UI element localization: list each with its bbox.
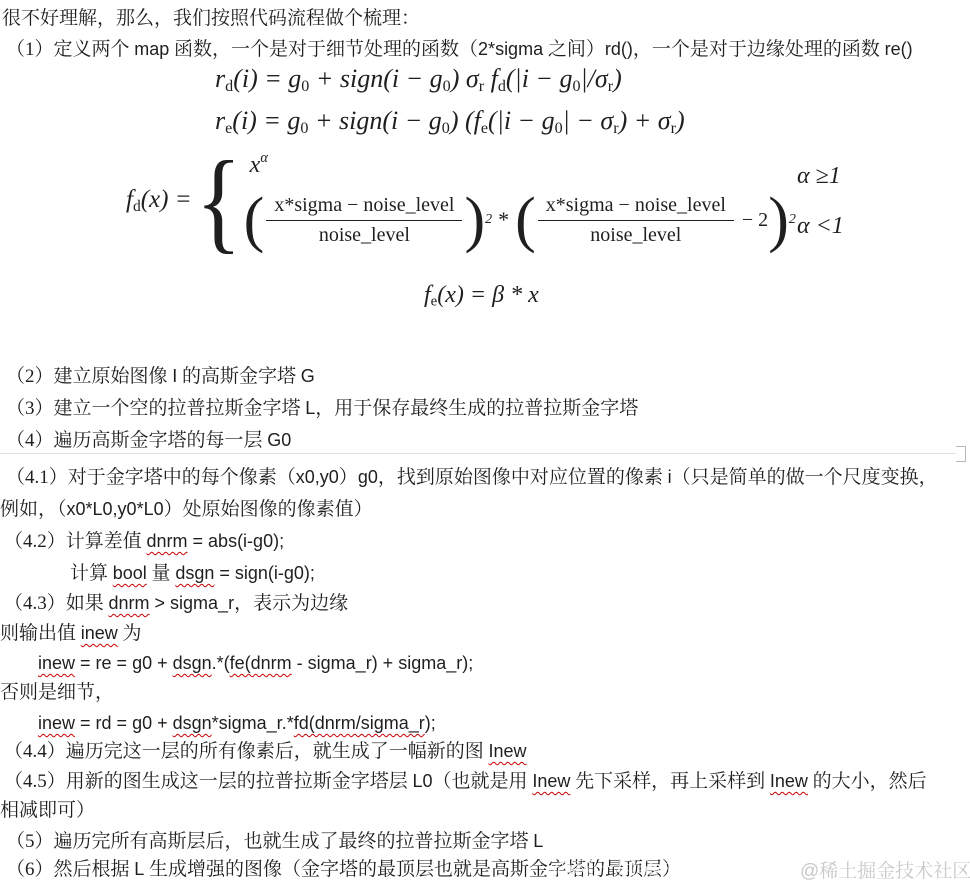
exponent-2: 2: [485, 212, 492, 228]
minus-two: − 2: [742, 209, 768, 232]
formula-re-part: (|i − g: [488, 106, 555, 135]
formula-fd-sup: α: [260, 150, 268, 166]
step41-code: x0,y0: [296, 467, 339, 487]
step45-text: 先下采样，再上采样到: [570, 771, 770, 792]
paragraph-step-5: （5）遍历完所有高斯层后，也就生成了最终的拉普拉斯金字塔 L: [6, 828, 543, 855]
code-text: );: [425, 713, 436, 733]
formula-fd-case1: xα: [250, 150, 796, 179]
formula-re-part: ) + σ: [619, 106, 671, 135]
step42-text: 计算: [70, 563, 113, 584]
output-code-inew: inew: [81, 623, 118, 643]
step44-text: （4.4）遍历完这一层的所有像素后，就生成了一幅新的图: [4, 741, 489, 762]
paren-close-glyph: ): [464, 189, 485, 251]
step5-code: L: [533, 831, 543, 851]
paragraph-else: 否则是细节，: [0, 680, 114, 706]
step1-text: 之间）: [543, 39, 605, 60]
brace-glyph: {: [196, 144, 242, 257]
step1-code-sigma: 2*sigma: [478, 39, 543, 59]
formula-fe-part: (x) = β * x: [437, 282, 538, 308]
step2-code: G: [301, 366, 315, 386]
step43-code-dnrm: dnrm: [109, 593, 150, 613]
fraction-numerator: x*sigma − noise_level: [266, 194, 462, 221]
step42-code-bool: bool: [113, 563, 147, 583]
text-boundary-mark: [956, 446, 966, 462]
formula-rd-part: (i) = g: [233, 64, 301, 93]
step6-text: （6）然后根据: [6, 859, 134, 880]
step41-text: （只是简单的做一个尺度变换，: [672, 467, 938, 488]
step42-text: 量: [147, 563, 176, 584]
code-line-rd: inew = rd = g0 + dsgn*sigma_r.*fd(dnrm/s…: [38, 710, 436, 736]
formula-re-part: ) (f: [450, 106, 481, 135]
code-dsgn: dsgn: [173, 713, 212, 733]
code-inew: inew: [38, 713, 75, 733]
formula-rd-part: f: [484, 64, 498, 93]
formula-rd-part: r: [215, 64, 225, 93]
step45-text: （也就是用: [433, 771, 533, 792]
paragraph-step-4-1-line2: 例如，（x0*L0,y0*L0）处原始图像的像素值）: [0, 496, 373, 523]
formula-fd-lhs: fd(x) =: [126, 186, 192, 216]
step41-code: g0: [358, 467, 378, 487]
paragraph-step-4-5-line2: 相减即可）: [0, 798, 95, 824]
intro-text: 很不好理解，那么，我们按照代码流程做个梳理：: [2, 8, 420, 29]
code-text: - sigma_r) + sigma_r);: [292, 653, 474, 673]
paragraph-step-4-1-line1: （4.1）对于金字塔中的每个像素（x0,y0）g0，找到原始图像中对应位置的像素…: [6, 464, 938, 491]
formula-fd-condition-1: α ≥1: [797, 163, 841, 190]
fraction-2: x*sigma − noise_levelnoise_level: [538, 194, 734, 247]
formula-rd-part: |/σ: [581, 64, 608, 93]
step1-text: （1）定义两个: [6, 39, 134, 60]
formula-fe-part: f: [424, 282, 431, 308]
paragraph-step-4-4: （4.4）遍历完这一层的所有像素后，就生成了一幅新的图 Inew: [4, 738, 527, 765]
formula-fd-part: (x) =: [141, 186, 192, 213]
step42-code: = abs(i-g0);: [188, 531, 285, 551]
formula-rd-sub: 0: [572, 78, 580, 95]
step2-text: （2）建立原始图像: [6, 366, 172, 387]
formula-fd-case2: (x*sigma − noise_levelnoise_level)2*(x*s…: [244, 189, 796, 251]
formula-fd: fd(x) = { xα (x*sigma − noise_levelnoise…: [126, 150, 796, 251]
code-inew: inew: [38, 653, 75, 673]
step1-code-map: map: [134, 39, 169, 59]
formula-rd: rd(i) = g0 + sign(i − g0) σr fd(|i − g0|…: [215, 64, 622, 96]
step1-text: 函数，一个是对于细节处理的函数（: [169, 39, 478, 60]
paren-open-glyph: (: [244, 189, 265, 251]
formula-fd-part: x: [250, 152, 261, 178]
paren-close-glyph: ): [768, 189, 789, 251]
paragraph-step-4-5-line1: （4.5）用新的图生成这一层的拉普拉斯金字塔层 L0（也就是用 Inew 先下采…: [4, 768, 927, 795]
formula-rd-sub: d: [498, 78, 506, 95]
step3-text: ，用于保存最终生成的拉普拉斯金字塔: [315, 398, 638, 419]
step2-text: 的高斯金字塔: [177, 366, 301, 387]
step43-text: （4.3）如果: [4, 593, 109, 614]
paragraph-intro: 很不好理解，那么，我们按照代码流程做个梳理：: [2, 6, 420, 32]
formula-re-part: | − σ: [563, 106, 614, 135]
fraction-numerator: x*sigma − noise_level: [538, 194, 734, 221]
times-star: *: [498, 207, 509, 233]
paragraph-step-4: （4）遍历高斯金字塔的每一层 G0: [6, 427, 291, 454]
step42-text: （4.2）计算差值: [4, 531, 147, 552]
step41-text: ）: [339, 467, 358, 488]
step41-code: x0*L0,y0*L0: [67, 499, 164, 519]
code-text: *sigma_r.*: [212, 713, 294, 733]
else-text: 否则是细节，: [0, 682, 114, 703]
code-text: = rd = g0 +: [75, 713, 173, 733]
formula-re-sub: e: [481, 120, 488, 137]
step3-code: L: [305, 398, 315, 418]
step5-text: （5）遍历完所有高斯层后，也就生成了最终的拉普拉斯金字塔: [6, 831, 533, 852]
code-fd-dnrm: fd(dnrm/sigma_r: [294, 713, 425, 733]
formula-re-part: (i) = g: [232, 106, 300, 135]
paragraph-output-intro: 则输出值 inew 为: [0, 620, 142, 647]
formula-re-sub: 0: [555, 120, 563, 137]
step45-text: 相减即可）: [0, 800, 95, 821]
formula-fd-part: f: [126, 186, 133, 213]
step45-text: 的大小，然后: [808, 771, 927, 792]
step43-text: ，表示为边缘: [234, 593, 348, 614]
fraction-1: x*sigma − noise_levelnoise_level: [266, 194, 462, 247]
document-page: 很不好理解，那么，我们按照代码流程做个梳理： （1）定义两个 map 函数，一个…: [0, 0, 970, 881]
step45-code-inew: Inew: [532, 771, 570, 791]
step4-text: （4）遍历高斯金字塔的每一层: [6, 430, 267, 451]
paren-open-glyph: (: [515, 189, 536, 251]
step42-code: = sign(i-g0);: [214, 563, 315, 583]
paragraph-step-2: （2）建立原始图像 I 的高斯金字塔 G: [6, 363, 315, 390]
step1-text: ，一个是对于边缘处理的函数: [633, 39, 885, 60]
paragraph-step-4-2-line2: 计算 bool 量 dsgn = sign(i-g0);: [70, 560, 315, 587]
formula-rd-sub: 0: [443, 78, 451, 95]
formula-fd-condition-2: α <1: [797, 213, 844, 240]
step45-code-inew: Inew: [770, 771, 808, 791]
paragraph-step-3: （3）建立一个空的拉普拉斯金字塔 L，用于保存最终生成的拉普拉斯金字塔: [6, 395, 638, 422]
formula-rd-sub: d: [225, 78, 233, 95]
code-text: .*(: [212, 653, 230, 673]
step6-code: L: [134, 859, 144, 879]
formula-fd-sub: d: [133, 197, 141, 214]
formula-re-part: ): [676, 106, 685, 135]
paragraph-step-4-3: （4.3）如果 dnrm > sigma_r，表示为边缘: [4, 590, 348, 617]
formula-re: re(i) = g0 + sign(i − g0) (fe(|i − g0| −…: [215, 106, 685, 138]
formula-rd-part: ) σ: [451, 64, 479, 93]
paragraph-step-4-2-line1: （4.2）计算差值 dnrm = abs(i-g0);: [4, 528, 284, 555]
formula-rd-part: + sign(i − g: [309, 64, 442, 93]
formula-re-part: r: [215, 106, 225, 135]
step45-text: （4.5）用新的图生成这一层的拉普拉斯金字塔层: [4, 771, 413, 792]
code-dsgn: dsgn: [173, 653, 212, 673]
formula-fd-cases: xα (x*sigma − noise_levelnoise_level)2*(…: [244, 150, 796, 251]
formula-rd-part: ): [613, 64, 622, 93]
step41-text: ，找到原始图像中对应位置的像素: [378, 467, 668, 488]
step43-code: > sigma_r: [150, 593, 235, 613]
step44-code-inew: Inew: [489, 741, 527, 761]
step1-code-re: re(): [885, 39, 913, 59]
output-text: 则输出值: [0, 623, 81, 644]
formula-fe: fe(x) = β * x: [424, 282, 539, 311]
step45-code-l0: L0: [413, 771, 433, 791]
step42-code-dnrm: dnrm: [147, 531, 188, 551]
step3-text: （3）建立一个空的拉普拉斯金字塔: [6, 398, 305, 419]
code-line-re: inew = re = g0 + dsgn.*(fe(dnrm - sigma_…: [38, 650, 473, 676]
formula-rd-part: (|i − g: [506, 64, 573, 93]
step1-code-rd: rd(): [605, 39, 633, 59]
formula-re-part: + sign(i − g: [308, 106, 441, 135]
section-divider: [0, 453, 956, 454]
exponent-2: 2: [789, 212, 796, 228]
step41-text: 例如，（: [0, 499, 67, 520]
code-text: = re = g0 +: [75, 653, 173, 673]
step41-text: ）处原始图像的像素值）: [164, 499, 373, 520]
paragraph-step-1: （1）定义两个 map 函数，一个是对于细节处理的函数（2*sigma 之间）r…: [6, 36, 913, 63]
output-text: 为: [118, 623, 142, 644]
fraction-denominator: noise_level: [266, 221, 462, 247]
formula-re-sub: 0: [442, 120, 450, 137]
fraction-denominator: noise_level: [538, 221, 734, 247]
step4-code: G0: [267, 430, 291, 450]
code-fe-dnrm: fe(dnrm: [230, 653, 292, 673]
step42-code-dsgn: dsgn: [175, 563, 214, 583]
step41-text: （4.1）对于金字塔中的每个像素（: [6, 467, 296, 488]
watermark: @稀土掘金技术社区: [800, 856, 970, 881]
watermark-ghost: @稀土掘金技术社区: [552, 854, 741, 881]
